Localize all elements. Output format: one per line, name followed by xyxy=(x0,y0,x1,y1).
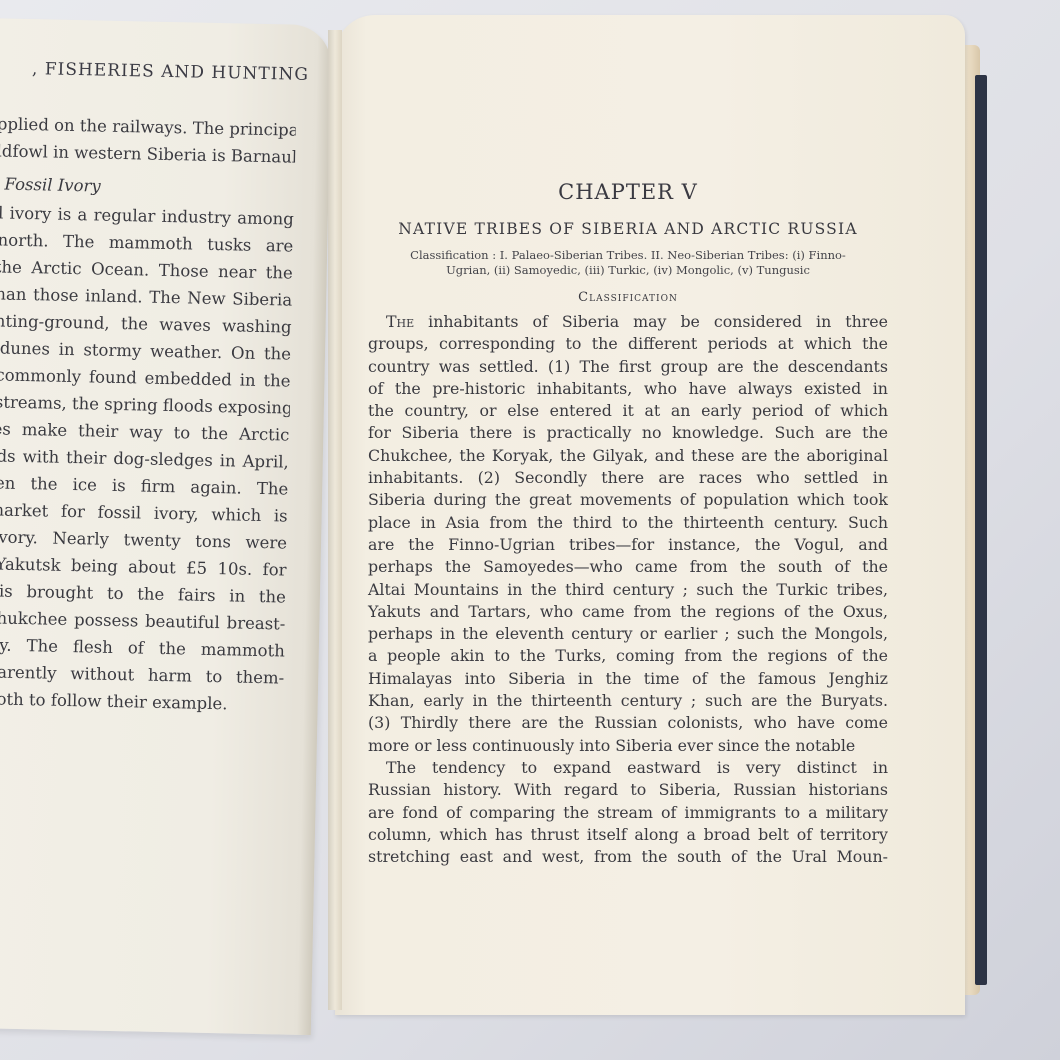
text-line: country was settled. (1) The first group… xyxy=(368,356,888,378)
text-line: perhaps the Samoyedes—who came from the … xyxy=(368,556,888,578)
text-line: Altai Mountains in the third century ; s… xyxy=(368,579,888,601)
text-line: column, which has thrust itself along a … xyxy=(368,824,888,846)
text-line: Khan, early in the thirteenth century ; … xyxy=(368,690,888,712)
chapter-title: NATIVE TRIBES OF SIBERIA AND ARCTIC RUSS… xyxy=(368,220,888,238)
book-gutter xyxy=(328,30,342,1010)
section-heading: Fossil Ivory xyxy=(0,170,295,204)
text-line: place in Asia from the third to the thir… xyxy=(368,512,888,534)
chapter-summary: Classification : I. Palaeo-Siberian Trib… xyxy=(368,248,888,278)
drop-word: The xyxy=(386,312,414,331)
text-line: more or less continuously into Siberia e… xyxy=(368,735,888,757)
text-line: Russian history. With regard to Siberia,… xyxy=(368,779,888,801)
left-page-text: supplied on the railways. The principal … xyxy=(0,110,296,719)
body-text: The inhabitants of Siberia may be consid… xyxy=(368,311,888,868)
text-line: a people akin to the Turks, coming from … xyxy=(368,645,888,667)
text-line: perhaps in the eleventh century or earli… xyxy=(368,623,888,645)
text-line: are fond of comparing the stream of immi… xyxy=(368,802,888,824)
text-line: are the Finno-Ugrian tribes—for instance… xyxy=(368,534,888,556)
summary-line: Classification : I. Palaeo-Siberian Trib… xyxy=(368,248,888,263)
section-heading: Classification xyxy=(368,290,888,305)
text-line: (3) Thirdly there are the Russian coloni… xyxy=(368,712,888,734)
text-line: the country, or else entered it at an ea… xyxy=(368,400,888,422)
text-line: wildfowl in western Siberia is Barnaul. xyxy=(0,137,295,171)
text-line: of the pre-historic inhabitants, who hav… xyxy=(368,378,888,400)
summary-line: Ugrian, (ii) Samoyedic, (iii) Turkic, (i… xyxy=(368,263,888,278)
left-page: , FISHERIES AND HUNTING supplied on the … xyxy=(0,18,332,1035)
text-line: Himalayas into Siberia in the time of th… xyxy=(368,668,888,690)
book-cover xyxy=(975,75,987,985)
chapter-number: CHAPTER V xyxy=(368,180,888,204)
running-head: , FISHERIES AND HUNTING xyxy=(0,58,309,85)
text-line: The tendency to expand eastward is very … xyxy=(368,757,888,779)
text-line: for Siberia there is practically no know… xyxy=(368,422,888,444)
text-line: Yakuts and Tartars, who came from the re… xyxy=(368,601,888,623)
text-line: Siberia during the great movements of po… xyxy=(368,489,888,511)
text-line: groups, corresponding to the different p… xyxy=(368,333,888,355)
right-page-content: CHAPTER V NATIVE TRIBES OF SIBERIA AND A… xyxy=(368,180,888,868)
text-line: inhabitants. (2) Secondly there are race… xyxy=(368,467,888,489)
text-line: Chukchee, the Koryak, the Gilyak, and th… xyxy=(368,445,888,467)
text-line: stretching east and west, from the south… xyxy=(368,846,888,868)
text-line: inhabitants of Siberia may be considered… xyxy=(414,312,888,331)
paragraph-first-line: The inhabitants of Siberia may be consid… xyxy=(368,311,888,333)
